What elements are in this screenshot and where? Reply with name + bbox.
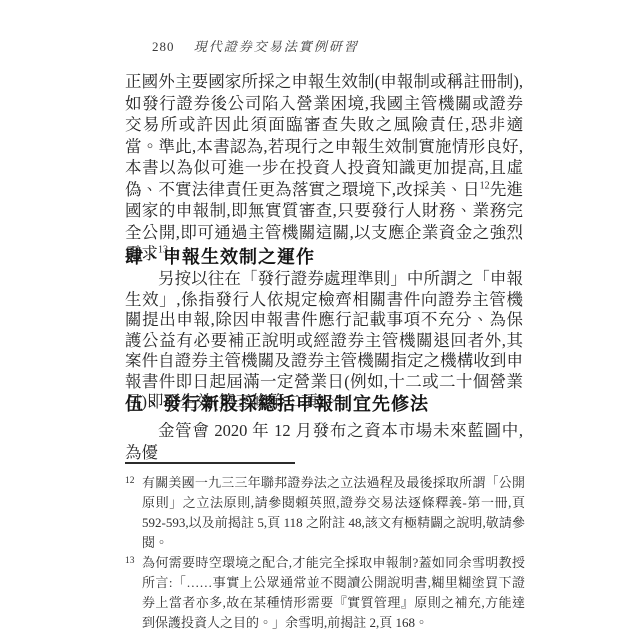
footnote-divider <box>125 462 295 464</box>
paragraph-continuation: 正國外主要國家所採之申報生效制(申報制或稱註冊制),如發行證券後公司陷入營業困境… <box>125 71 523 265</box>
footnote-text: 有關美國一九三三年聯邦證券法之立法過程及最後採取所謂「公開原則」之立法原則,請參… <box>142 475 525 550</box>
section-heading-5: 伍、發行新股採總括申報制宜先修法 <box>125 390 523 416</box>
footnote-number: 12 <box>125 471 135 491</box>
page-number: 280 <box>152 39 175 54</box>
footnotes-block: 12 有關美國一九三三年聯邦證券法之立法過程及最後採取所謂「公開原則」之立法原則… <box>125 473 525 633</box>
footnote-12: 12 有關美國一九三三年聯邦證券法之立法過程及最後採取所謂「公開原則」之立法原則… <box>125 473 525 553</box>
footnote-text: 為何需要時空環境之配合,才能完全採取申報制?蓋如同余雪明教授所言:「……事實上公… <box>142 555 525 630</box>
section-heading-4: 肆、申報生效制之運作 <box>125 243 523 269</box>
book-page: 280 現代證券交易法實例研習 正國外主要國家所採之申報生效制(申報制或稱註冊制… <box>0 0 640 640</box>
paragraph-section-5: 金管會 2020 年 12 月發布之資本市場未來藍圖中,為優 <box>125 420 523 463</box>
running-title: 現代證券交易法實例研習 <box>194 39 359 54</box>
running-header: 280 現代證券交易法實例研習 <box>152 36 359 55</box>
paragraph-text: 正國外主要國家所採之申報生效制(申報制或稱註冊制),如發行證券後公司陷入營業困境… <box>125 72 523 199</box>
footnote-number: 13 <box>125 551 135 571</box>
footnote-13: 13 為何需要時空環境之配合,才能完全採取申報制?蓋如同余雪明教授所言:「……事… <box>125 553 525 633</box>
footnote-ref-12: 12 <box>480 180 490 191</box>
